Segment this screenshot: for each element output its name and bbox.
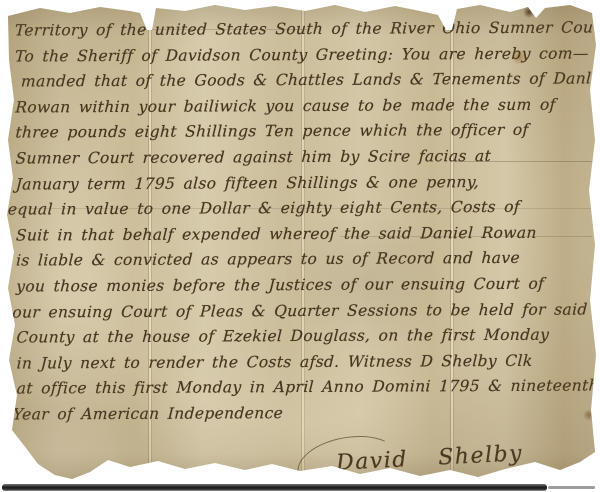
document-line: at office this first Monday in April Ann… — [16, 378, 599, 397]
document-line: Year of American Independence — [13, 406, 284, 423]
document-line: is liable & convicted as appears to us o… — [16, 251, 521, 269]
document-line: Sumner Court recovered against him by Sc… — [15, 149, 491, 167]
paper-sheet: Territory of the united States South of … — [0, 0, 600, 492]
document-line: January term 1795 also fifteen Shillings… — [15, 175, 479, 193]
handwritten-text: Territory of the united States South of … — [0, 0, 600, 492]
document-line: To the Sheriff of Davidson County Greeti… — [15, 46, 589, 65]
scanner-edge-bar-right — [548, 486, 595, 489]
document-scan: Territory of the united States South of … — [0, 0, 600, 492]
document-line: Suit in that behalf expended whereof the… — [16, 226, 538, 244]
document-line: you those monies before the Justices of … — [16, 277, 545, 295]
document-line: Territory of the united States South of … — [15, 20, 600, 39]
document-line: equal in value to one Dollar & eighty ei… — [7, 200, 520, 218]
document-line: our ensuing Court of Pleas & Quarter Ses… — [12, 302, 588, 321]
document-line: - manded that of the Goods & Chattles La… — [7, 71, 597, 90]
scanner-edge-bar — [2, 484, 547, 491]
document-line: in July next to render the Costs afsd. W… — [16, 354, 533, 372]
document-line: County at the house of Ezekiel Douglass,… — [16, 328, 549, 346]
document-line: Rowan within your bailiwick you cause to… — [15, 98, 556, 116]
document-line: three pounds eight Shillings Ten pence w… — [15, 123, 529, 141]
